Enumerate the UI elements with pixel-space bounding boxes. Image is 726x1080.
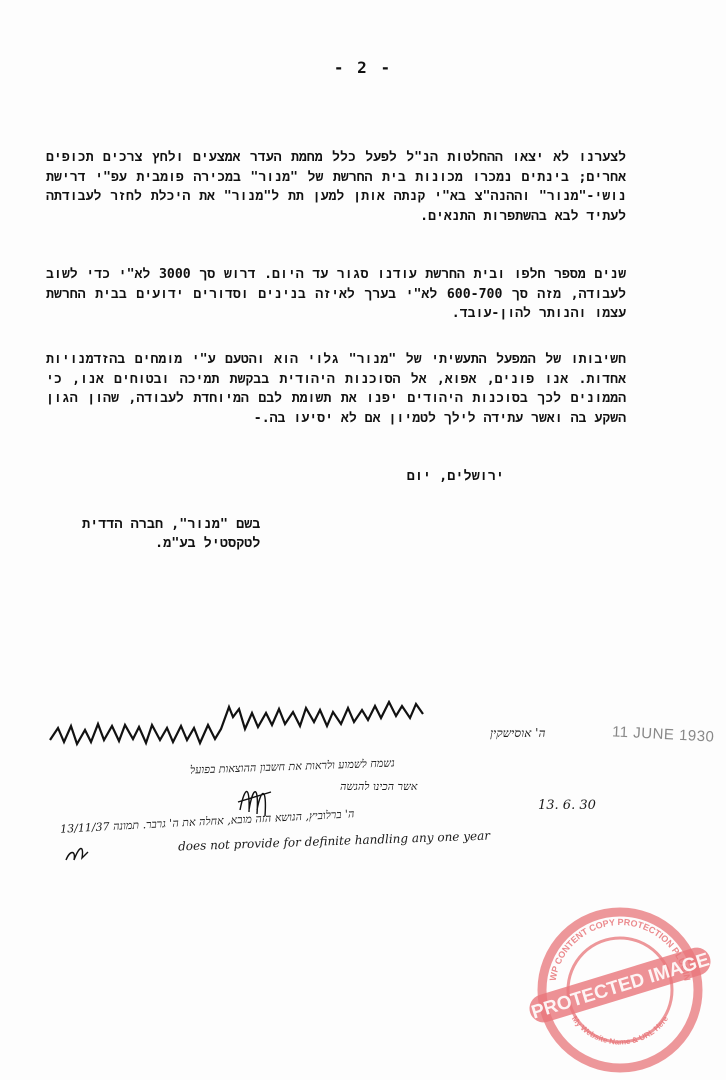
handwritten-initial-icon [62,840,92,865]
handwritten-date: 13. 6. 30 [538,798,596,813]
paragraph-1-text: לצערנו לא יצאו ההחלטות הנ"ל לפעל כלל מחמ… [46,148,626,226]
page-number: - 2 - [0,58,726,77]
place-date-line: ירושלים, יום [407,468,504,485]
signature-line-2: לטקסטיל בע"מ. [82,534,260,553]
received-date-stamp: 11 JUNE 1930 [612,723,715,745]
document-page: - 2 - לצערנו לא יצאו ההחלטות הנ"ל לפעל כ… [0,0,726,1080]
watermark-stamp-icon: WP CONTENT COPY PROTECTION PLUGIN My Web… [520,895,720,1075]
paragraph-1: לצערנו לא יצאו ההחלטות הנ"ל לפעל כלל מחמ… [46,148,626,226]
handwritten-english-note: does not provide for definite handling a… [178,829,490,854]
handwritten-note-3: ה' ברלוביץ, הנושא הזה מובא, אחלה את ה' ג… [60,807,355,835]
paragraph-3-text: חשיבותו של המפעל התעשיתי של "מנור" גלוי … [46,350,626,428]
paragraph-2: שנים מספר חלפו ובית החרשת עודנו סגור עד … [46,265,626,324]
handwritten-addressee: ה' אוסישקין [490,726,546,741]
signature-block: בשם "מנור", חברה הדדית לטקסטיל בע"מ. [82,515,260,553]
signature-line-1: בשם "מנור", חברה הדדית [82,515,260,534]
handwritten-scribble-icon [40,700,490,770]
handwritten-note-2: אשר הכינו להגשה [340,780,417,793]
paragraph-3: חשיבותו של המפעל התעשיתי של "מנור" גלוי … [46,350,626,428]
paragraph-2-text: שנים מספר חלפו ובית החרשת עודנו סגור עד … [46,265,626,324]
svg-text:My Website Name & URL Here: My Website Name & URL Here [570,1014,671,1047]
